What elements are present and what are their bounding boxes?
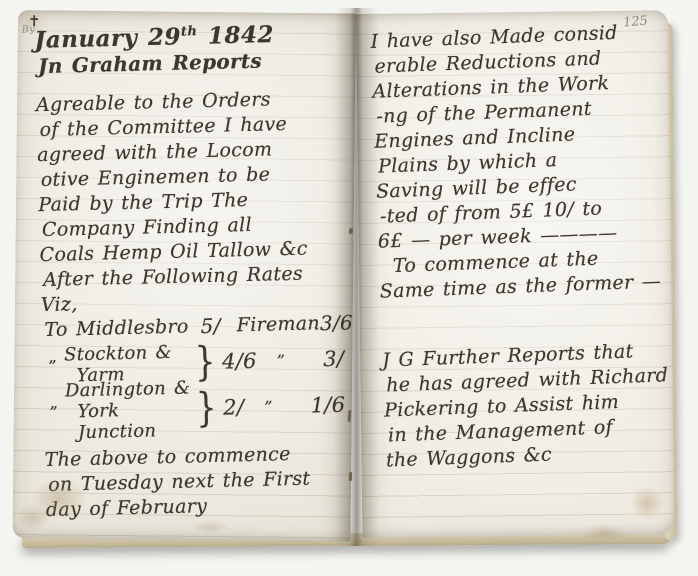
date-year: 1842 — [197, 21, 274, 50]
left-page-text: January 29th 1842 Jn Graham Reports Agre… — [34, 12, 362, 523]
ditto-mark: ” — [48, 356, 64, 375]
left-page-closing: The above to commenceon Tuesday next the… — [44, 440, 362, 523]
rates-fireman-rate: 3/ — [323, 347, 345, 372]
left-page-body: Agreable to the Ordersof the Committee I… — [36, 85, 357, 318]
rates-fireman-rate: 1/6 — [310, 393, 345, 418]
rates-fireman-label: Fireman — [236, 311, 320, 338]
rates-driver-rate: 5/ — [200, 314, 221, 339]
rates-places: Darlington & York Junction — [65, 377, 195, 443]
date-ordinal-suffix: th — [181, 24, 198, 39]
ditto-mark: ” — [49, 402, 65, 421]
rates-driver-rate: 2/ — [223, 395, 245, 420]
rates-fireman-rate: 3/6 — [320, 310, 354, 336]
right-page-paragraph-1: I have also Made considerable Reductions… — [370, 19, 674, 305]
brace-glyph: } — [194, 340, 216, 384]
right-page-paragraph-2: J G Further Reports thathe has agreed wi… — [382, 338, 680, 474]
rates-place: York Junction — [77, 398, 194, 443]
brace-glyph: } — [195, 386, 217, 430]
pencil-page-number: 125 — [623, 14, 649, 31]
binding-stitch — [349, 472, 352, 481]
right-page-text: I have also Made considerable Reductions… — [370, 19, 680, 473]
right-page: 125 I have also Made considerable Reduct… — [356, 10, 674, 538]
rates-driver-rate: 4/6 — [222, 349, 257, 374]
rates-destination: To Middlesbro — [44, 314, 189, 343]
pencil-note: By — [21, 24, 35, 36]
photo-of-manuscript: ✝ By January 29th 1842 Jn Graham Reports… — [0, 0, 698, 576]
rates-row: ” Darlington & York Junction } 2/ ” 1/6 — [43, 381, 360, 435]
ditto-mark: ” — [276, 351, 285, 370]
ditto-mark: ” — [264, 397, 273, 416]
left-page: ✝ By January 29th 1842 Jn Graham Reports… — [12, 10, 356, 542]
